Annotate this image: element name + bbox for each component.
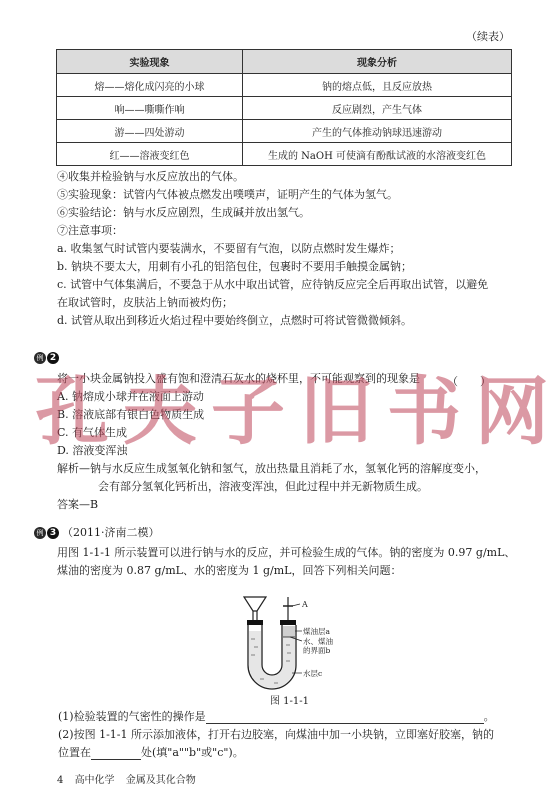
table-cell: 熔——熔化成闪亮的小球 bbox=[57, 74, 243, 97]
u-tube-diagram: A 煤油层a 水、煤油 的界面b 水层c bbox=[240, 593, 360, 693]
answer-blank-1[interactable] bbox=[206, 723, 484, 724]
question-2-line1: (2)按图 1-1-1 所示添加液体，打开右边胶塞，向煤油中加一小块钠，立即塞好… bbox=[58, 728, 494, 742]
answer-blank-2[interactable] bbox=[91, 759, 141, 760]
example-label-icon: 例 bbox=[34, 352, 46, 364]
table-header-row: 实验现象 现象分析 bbox=[57, 50, 512, 74]
table-cell: 游——四处游动 bbox=[57, 120, 243, 143]
example-3-text-line2: 煤油的密度为 0.87 g/mL、水的密度为 1 g/mL，回答下列相关问题： bbox=[57, 564, 401, 578]
example-2-badge: 例 2 bbox=[34, 352, 59, 364]
question-1-text: (1)检验装置的气密性的操作是 bbox=[58, 710, 206, 723]
footer-subject: 高中化学 bbox=[75, 775, 115, 786]
table-row: 响——嘶嘶作响 反应剧烈，产生气体 bbox=[57, 97, 512, 120]
example-number-icon: 2 bbox=[47, 352, 59, 364]
note-a: a. 收集氢气时试管内要装满水，不要留有气泡，以防点燃时发生爆炸； bbox=[57, 242, 401, 256]
step-5: ⑤实验现象：试管内气体被点燃发出噗噗声，证明产生的气体为氢气。 bbox=[57, 188, 398, 202]
example-label-icon: 例 bbox=[34, 527, 46, 539]
example-3-badge: 例 3 bbox=[34, 527, 59, 539]
note-d: d. 试管从取出到移近火焰过程中要始终倒立，点燃时可将试管微微倾斜。 bbox=[57, 314, 412, 328]
footer-chapter: 金属及其化合物 bbox=[126, 775, 196, 786]
label-a-upper: A bbox=[301, 600, 308, 609]
note-b: b. 钠块不要太大，用刺有小孔的铝箔包住，包裹时不要用手触摸金属钠； bbox=[57, 260, 412, 274]
svg-text:煤油层a: 煤油层a bbox=[303, 626, 330, 636]
svg-text:的界面b: 的界面b bbox=[303, 645, 330, 655]
step-6: ⑥实验结论：钠与水反应剧烈，生成碱并放出氢气。 bbox=[57, 206, 310, 220]
svg-text:水、煤油: 水、煤油 bbox=[303, 636, 333, 646]
question-2-text-post: 处(填"a""b"或"c")。 bbox=[141, 746, 244, 759]
step-4: ④收集并检验钠与水反应放出的气体。 bbox=[57, 170, 244, 184]
svg-text:水层c: 水层c bbox=[303, 668, 322, 678]
option-d: D. 溶液变浑浊 bbox=[57, 444, 127, 458]
table-cell: 反应剧烈，产生气体 bbox=[243, 97, 512, 120]
page-footer: 4 高中化学 金属及其化合物 bbox=[57, 771, 204, 786]
analysis-line2: 会有部分氢氧化钙析出，溶液变浑浊，但此过程中并无新物质生成。 bbox=[98, 480, 428, 494]
u-tube-apparatus-icon: A 煤油层a 水、煤油 的界面b 水层c bbox=[240, 593, 360, 693]
continuation-label: （续表） bbox=[466, 28, 510, 44]
table-cell: 钠的熔点低，且反应放热 bbox=[243, 74, 512, 97]
example-3-text-line1: 用图 1-1-1 所示装置可以进行钠与水的反应，并可检验生成的气体。钠的密度为 … bbox=[57, 546, 515, 560]
option-a: A. 钠熔成小球并在液面上游动 bbox=[57, 390, 204, 404]
figure-caption: 图 1-1-1 bbox=[270, 692, 309, 707]
table-cell: 生成的 NaOH 可使滴有酚酞试液的水溶液变红色 bbox=[243, 143, 512, 166]
table-cell: 产生的气体推动钠球迅速游动 bbox=[243, 120, 512, 143]
question-1: (1)检验装置的气密性的操作是。 bbox=[58, 710, 495, 724]
table-row: 红——溶液变红色 生成的 NaOH 可使滴有酚酞试液的水溶液变红色 bbox=[57, 143, 512, 166]
example-number-icon: 3 bbox=[47, 527, 59, 539]
phenomena-table: 实验现象 现象分析 熔——熔化成闪亮的小球 钠的熔点低，且反应放热 响——嘶嘶作… bbox=[56, 49, 512, 166]
table-header: 实验现象 bbox=[57, 50, 243, 74]
analysis-line1: 解析—钠与水反应生成氢氧化钠和氢气，放出热量且消耗了水，氢氧化钙的溶解度变小， bbox=[57, 462, 486, 476]
page-number: 4 bbox=[57, 775, 63, 786]
example-3-source: （2011·济南二模） bbox=[62, 526, 160, 540]
option-b: B. 溶液底部有银白色物质生成 bbox=[57, 408, 204, 422]
option-c: C. 有气体生成 bbox=[57, 426, 127, 440]
answer-paren: （ ） bbox=[447, 373, 491, 389]
note-c-line1: c. 试管中气体集满后，不要急于从水中取出试管，应待钠反应完全后再取出试管，以避… bbox=[57, 278, 488, 292]
example-2-question: 将一小块金属钠投入盛有饱和澄清石灰水的烧杯里，不可能观察到的现象是 bbox=[57, 372, 420, 386]
table-row: 熔——熔化成闪亮的小球 钠的熔点低，且反应放热 bbox=[57, 74, 512, 97]
step-7: ⑦注意事项： bbox=[57, 224, 123, 238]
note-c-line2: 在取试管时，皮肤沾上钠而被灼伤； bbox=[57, 296, 233, 310]
question-2-text-pre: 位置在 bbox=[58, 746, 91, 759]
answer: 答案—B bbox=[57, 498, 98, 512]
question-2-line2: 位置在处(填"a""b"或"c")。 bbox=[58, 746, 244, 760]
table-cell: 响——嘶嘶作响 bbox=[57, 97, 243, 120]
table-header: 现象分析 bbox=[243, 50, 512, 74]
table-row: 游——四处游动 产生的气体推动钠球迅速游动 bbox=[57, 120, 512, 143]
question-1-end: 。 bbox=[484, 710, 495, 723]
table-cell: 红——溶液变红色 bbox=[57, 143, 243, 166]
